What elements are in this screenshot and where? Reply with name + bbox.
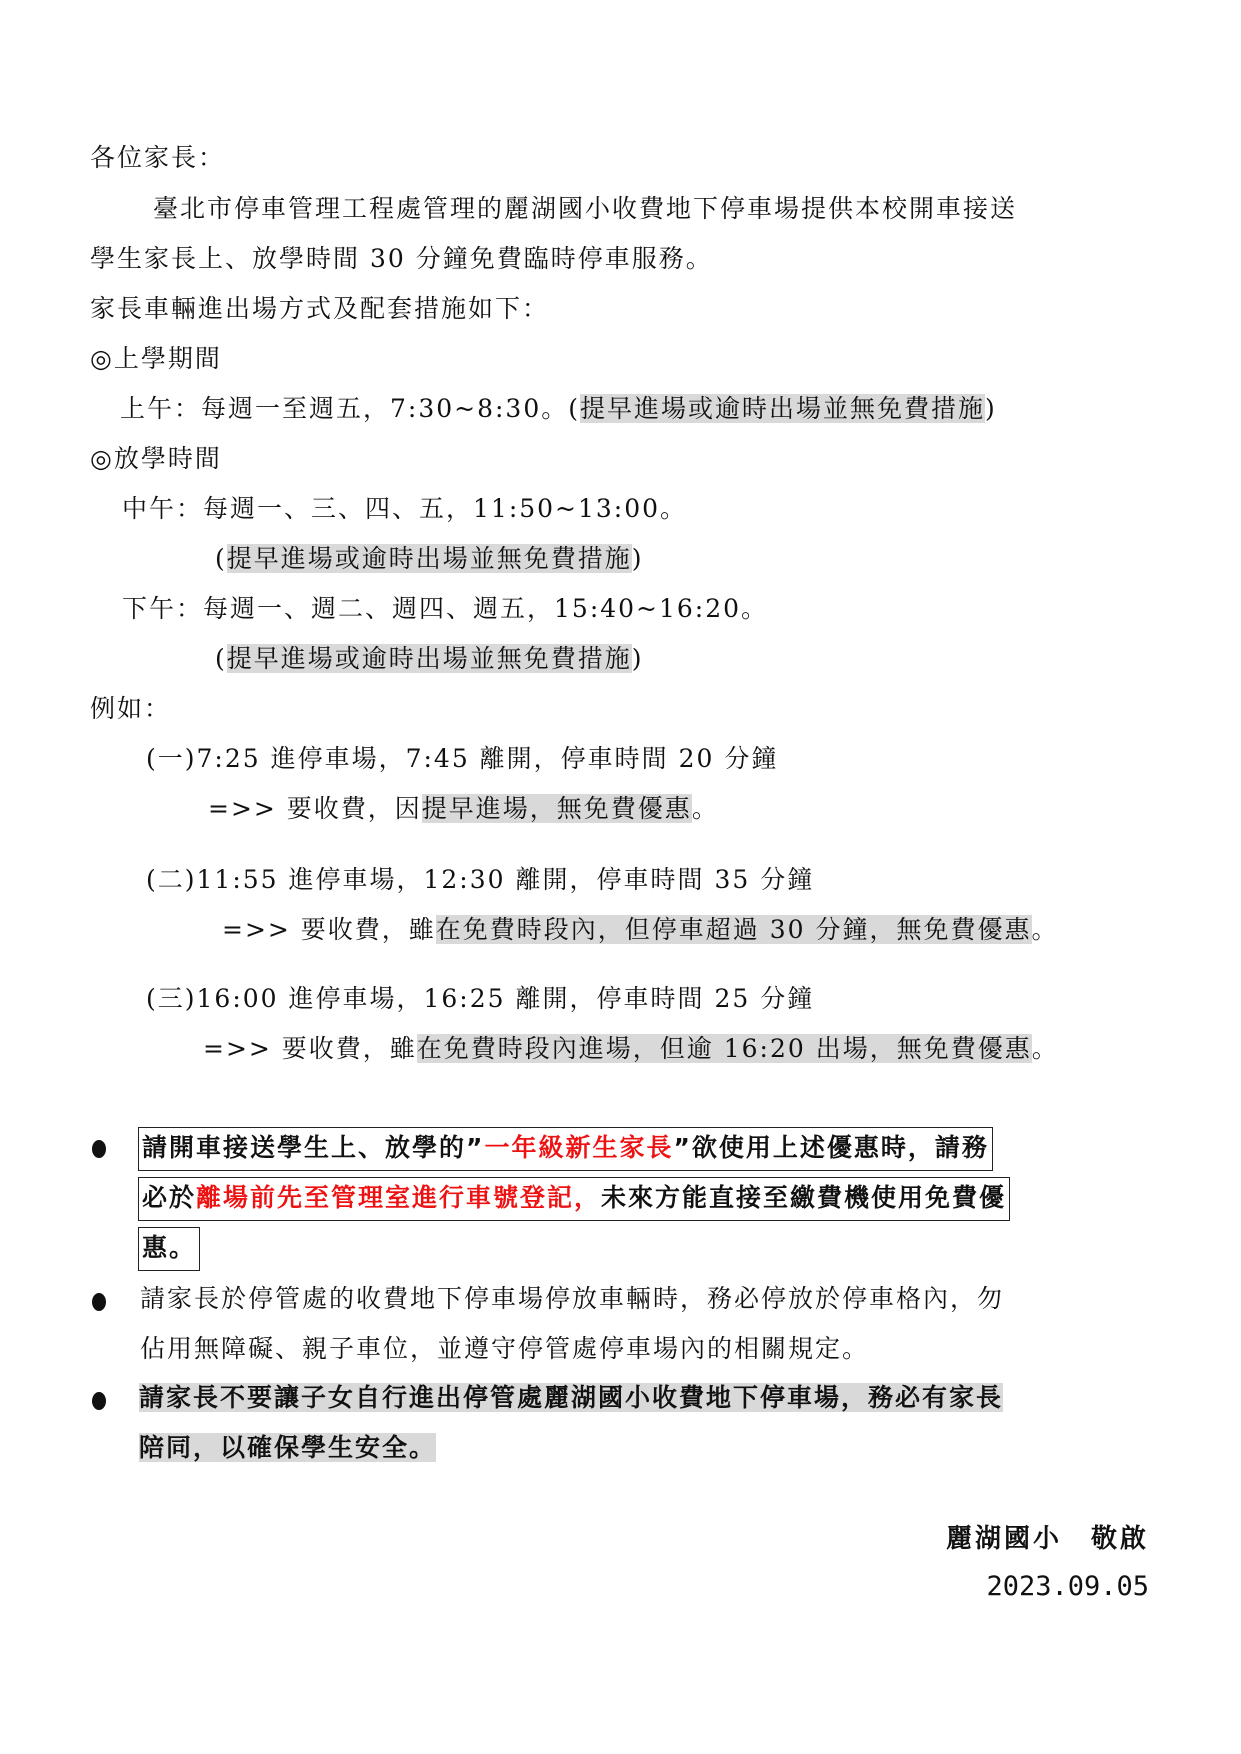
measures-heading: 家長車輛進出場方式及配套措施如下： xyxy=(90,292,549,326)
afternoon-note-highlight: 提早進場或逾時出場並無免費措施 xyxy=(227,644,632,673)
bullet-icon xyxy=(92,1140,106,1158)
notice-2-line-2: 佔用無障礙、親子車位，並遵守停管處停車場內的相關規定。 xyxy=(140,1332,869,1366)
example-1-highlight: 提早進場，無免費優惠 xyxy=(422,794,692,823)
morning-note-highlight: 提早進場或逾時出場並無免費措施 xyxy=(580,394,985,423)
intro-line-2: 學生家長上、放學時間 30 分鐘免費臨時停車服務。 xyxy=(90,242,713,276)
notice-1-red-emphasis: 一年級新生家長 xyxy=(484,1133,673,1162)
example-1-case: (一)7:25 進停車場，7:45 離開，停車時間 20 分鐘 xyxy=(146,742,778,776)
intro-line-1: 臺北市停車管理工程處管理的麗湖國小收費地下停車場提供本校開車接送 xyxy=(153,192,1017,226)
notice-letter-page: 各位家長： 臺北市停車管理工程處管理的麗湖國小收費地下停車場提供本校開車接送 學… xyxy=(0,0,1241,1754)
bullet-icon xyxy=(92,1293,106,1311)
arrival-morning: 上午：每週一至週五，7:30~8:30。(提早進場或逾時出場並無免費措施) xyxy=(120,392,997,426)
dismissal-heading: ◎放學時間 xyxy=(90,442,222,476)
notice-3-line-1: 請家長不要讓子女自行進出停管處麗湖國小收費地下停車場，務必有家長 xyxy=(139,1381,1003,1415)
notice-2-line-1: 請家長於停管處的收費地下停車場停放車輛時，務必停放於停車格內，勿 xyxy=(140,1282,1004,1316)
example-2-case: (二)11:55 進停車場，12:30 離開，停車時間 35 分鐘 xyxy=(146,863,814,897)
noon-note-highlight: 提早進場或逾時出場並無免費措施 xyxy=(227,544,632,573)
arrival-heading: ◎上學期間 xyxy=(90,342,222,376)
morning-schedule: 上午：每週一至週五，7:30~8:30。 xyxy=(120,394,568,423)
notice-3-line-2: 陪同，以確保學生安全。 xyxy=(139,1431,436,1465)
signature: 麗湖國小 敬啟 xyxy=(946,1522,1149,1556)
bullet-icon xyxy=(92,1392,106,1410)
date: 2023.09.05 xyxy=(986,1570,1149,1604)
examples-heading: 例如： xyxy=(90,692,171,726)
example-2-highlight: 在免費時段內，但停車超過 30 分鐘，無免費優惠 xyxy=(436,915,1032,944)
notice-1-line-2: 必於離場前先至管理室進行車號登記，未來方能直接至繳費機使用免費優 xyxy=(138,1177,1010,1221)
greeting: 各位家長： xyxy=(90,141,225,175)
example-1-result: =>> 要收費，因提早進場，無免費優惠。 xyxy=(208,792,719,826)
afternoon-note: (提早進場或逾時出場並無免費措施) xyxy=(215,642,644,676)
notice-1-red-instruction: 離場前先至管理室進行車號登記， xyxy=(196,1183,601,1212)
example-3-case: (三)16:00 進停車場，16:25 離開，停車時間 25 分鐘 xyxy=(146,982,814,1016)
example-2-result: =>> 要收費，雖在免費時段內，但停車超過 30 分鐘，無免費優惠。 xyxy=(222,913,1059,947)
notice-1-line-3: 惠。 xyxy=(138,1227,200,1271)
dismissal-afternoon: 下午：每週一、週二、週四、週五，15:40~16:20。 xyxy=(122,592,768,626)
dismissal-noon: 中午：每週一、三、四、五，11:50~13:00。 xyxy=(122,492,687,526)
example-3-highlight: 在免費時段內進場，但逾 16:20 出場，無免費優惠 xyxy=(417,1034,1032,1063)
example-3-result: =>> 要收費，雖在免費時段內進場，但逾 16:20 出場，無免費優惠。 xyxy=(203,1032,1059,1066)
noon-note: (提早進場或逾時出場並無免費措施) xyxy=(215,542,644,576)
notice-1-line-1: 請開車接送學生上、放學的”一年級新生家長”欲使用上述優惠時，請務 xyxy=(138,1127,993,1171)
